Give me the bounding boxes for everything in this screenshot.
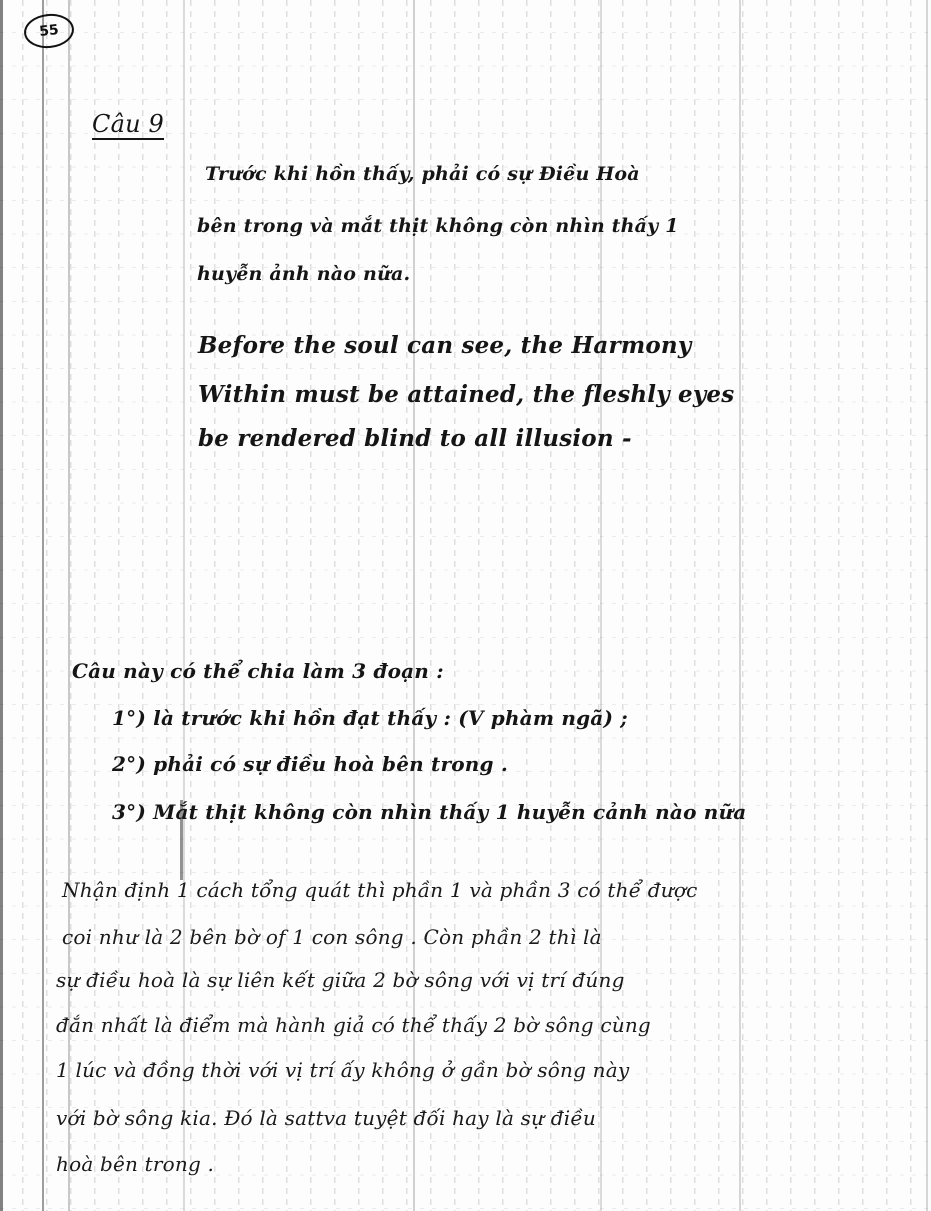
english-quote-line: Within must be attained, the fleshly eye… [198, 381, 734, 408]
paragraph-line: sự điều hoà là sự liên kết giữa 2 bờ sôn… [56, 968, 625, 992]
analysis-part: 3°) Mắt thịt không còn nhìn thấy 1 huyễn… [112, 800, 746, 824]
scanned-page: 55 Câu 9 Trước khi hồn thấy, phải có sự … [0, 0, 931, 1211]
analysis-part: 2°) phải có sự điều hoà bên trong . [112, 752, 508, 776]
vietnamese-quote-line: Trước khi hồn thấy, phải có sự Điều Hoà [205, 163, 640, 185]
paragraph-line: đắn nhất là điểm mà hành giả có thể thấy… [56, 1013, 651, 1037]
paragraph-line: với bờ sông kia. Đó là sattva tuyệt đối … [56, 1106, 596, 1130]
margin-line [42, 0, 44, 1211]
english-quote-line: be rendered blind to all illusion - [198, 425, 632, 452]
paragraph-line: hoà bên trong . [56, 1152, 214, 1176]
ink-bracket-mark [180, 800, 183, 880]
page-left-edge [0, 0, 3, 1211]
page-number: 55 [38, 22, 59, 40]
margin-line [926, 0, 928, 1211]
paragraph-line: 1 lúc và đồng thời với vị trí ấy không ở… [56, 1058, 629, 1082]
question-heading: Câu 9 [92, 110, 164, 138]
paragraph-line: coi như là 2 bên bờ of 1 con sông . Còn … [62, 925, 602, 949]
vietnamese-quote-line: bên trong và mắt thịt không còn nhìn thấ… [197, 215, 679, 237]
vietnamese-quote-line: huyễn ảnh nào nữa. [197, 263, 410, 285]
analysis-intro: Câu này có thể chia làm 3 đoạn : [72, 659, 444, 683]
paragraph-line: Nhận định 1 cách tổng quát thì phần 1 và… [62, 878, 698, 902]
english-quote-line: Before the soul can see, the Harmony [198, 332, 691, 359]
analysis-part: 1°) là trước khi hồn đạt thấy : (Ⅴ phàm … [112, 706, 628, 730]
margin-line [739, 0, 741, 1211]
